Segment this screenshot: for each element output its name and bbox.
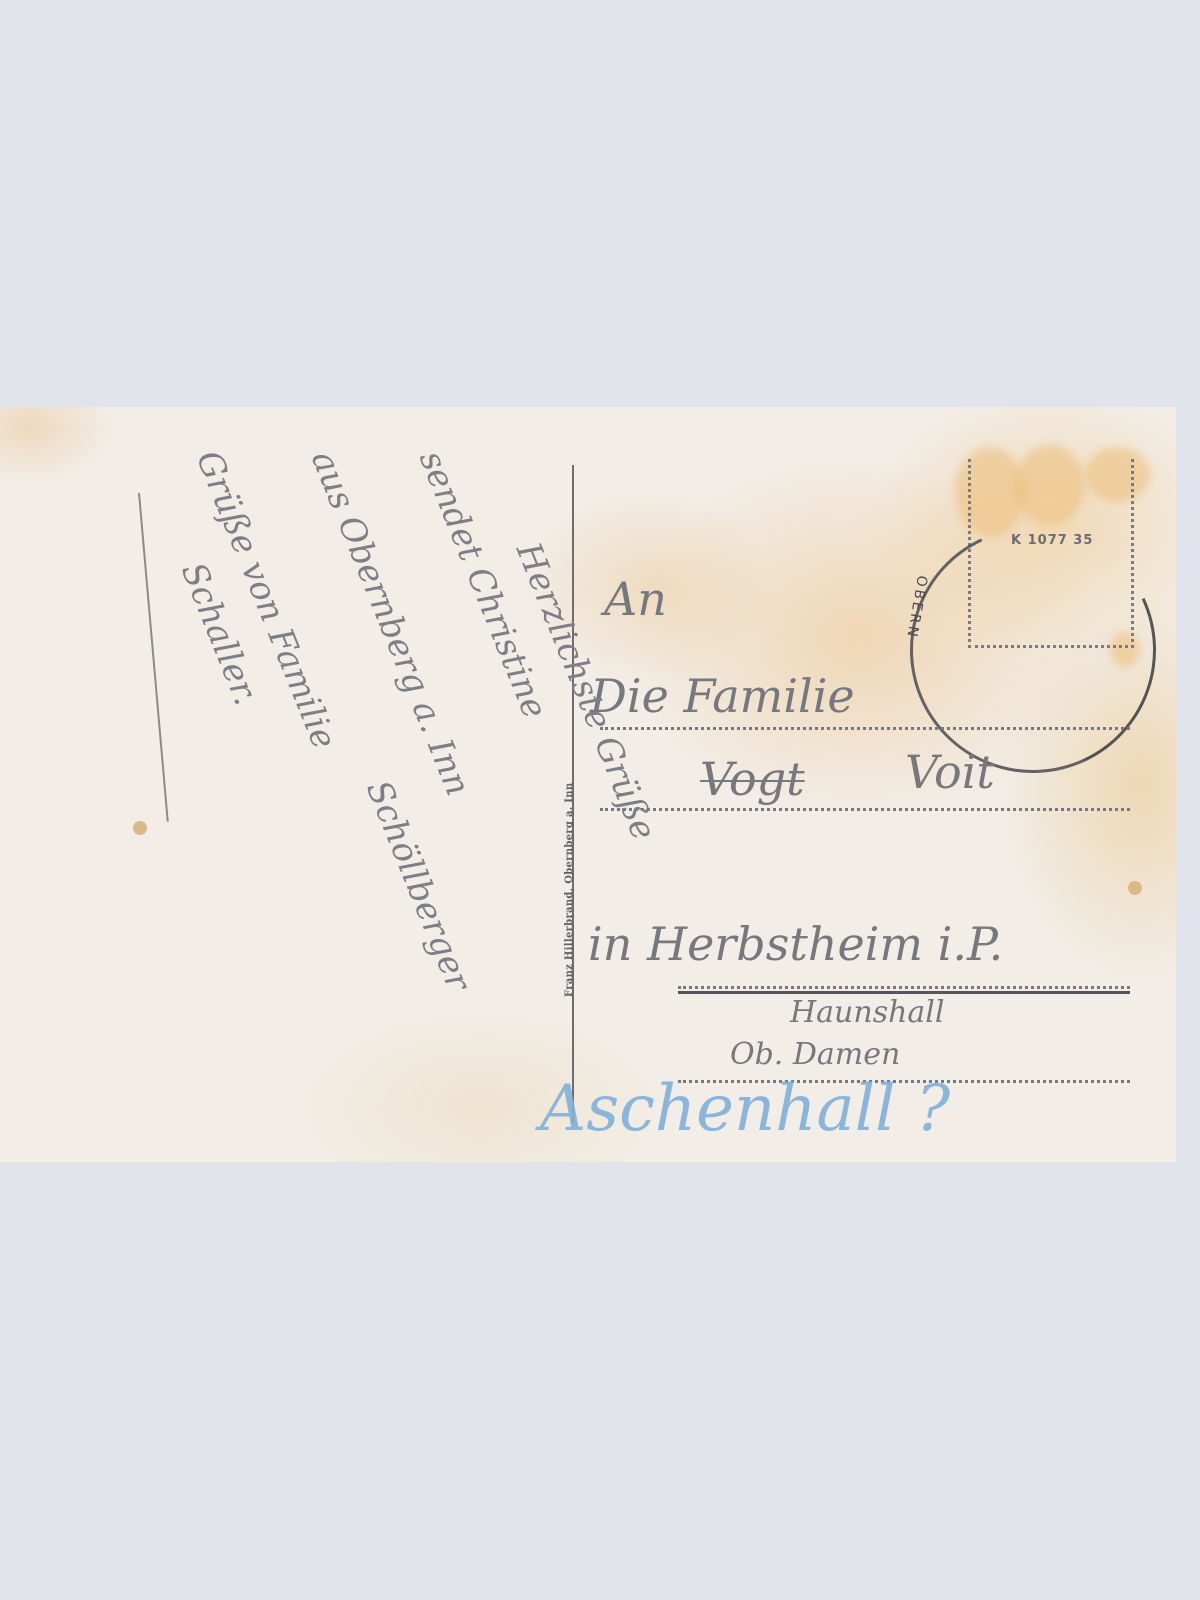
address-salutation: An [604,572,667,626]
blue-pencil-annotation: Aschenhall ? [540,1072,950,1146]
postcard: Franz Hillerbrand, Obernberg a. Inn K 10… [0,407,1176,1162]
address-line-1 [600,727,1130,730]
address-underline [678,991,1130,994]
stain-dot [1128,881,1142,895]
signature-underline [138,493,169,822]
stain-dot [133,821,147,835]
address-recipient: Die Familie [590,669,855,723]
address-locality: Haunshall [790,995,944,1030]
message-line-3: Schöllberger [358,775,479,997]
address-line-3 [678,986,1130,989]
address-surname: Voit [905,745,995,799]
printer-imprint: Franz Hillerbrand, Obernberg a. Inn [564,783,575,997]
address-surname-struck: Vogt [700,752,805,806]
address-district: Ob. Damen [730,1037,900,1072]
address-line-2 [600,808,1130,811]
address-town: in Herbstheim i.P. [588,917,1003,971]
